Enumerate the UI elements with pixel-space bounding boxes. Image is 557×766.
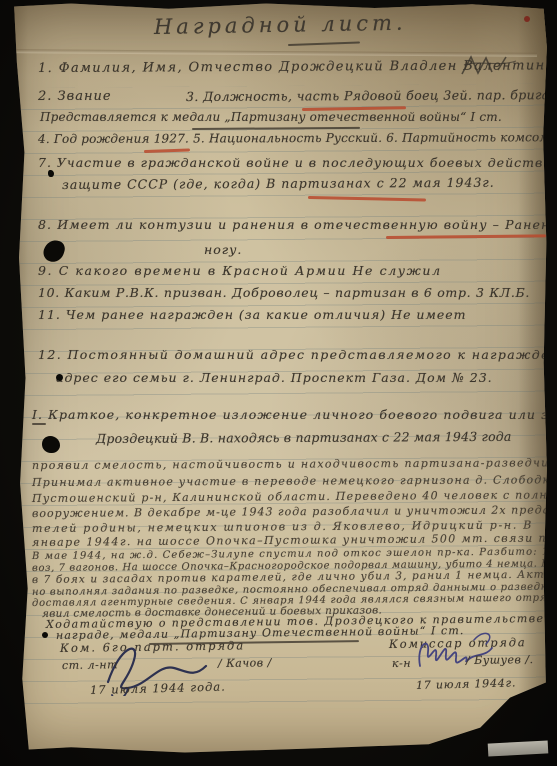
field-rank-label: 2. Звание xyxy=(38,90,112,104)
rank-left: ст. л-нт xyxy=(62,659,118,672)
field-war-participation-1: 7. Участие в гражданской войне и в после… xyxy=(38,156,557,170)
signer-name-left: / Качов / xyxy=(218,657,272,670)
red-edge-mark xyxy=(15,507,21,603)
red-dot-mark xyxy=(524,16,530,22)
paper-hole-small-2 xyxy=(42,632,48,638)
ink-scribble xyxy=(458,52,522,80)
field-army-service: 9. С какого времени в Красной Армии Не с… xyxy=(38,264,442,278)
field-position: 3. Должность, часть Рядовой боец 3ей. па… xyxy=(186,88,557,104)
rank-right: к-н xyxy=(392,658,411,670)
field-home-address-2: адрес его семьи г. Ленинград. Проспект Г… xyxy=(56,371,493,385)
field-birth-nationality-party: 4. Год рождения 1927. 5. Национальность … xyxy=(38,131,557,146)
field-war-participation-2: защите СССР (где, когда) В партизанах с … xyxy=(62,176,495,192)
paper-scrap xyxy=(488,740,549,756)
section-heading: I. Краткое, конкретное изложение личного… xyxy=(32,408,557,422)
feat-intro: Дроздецкий В. В. находясь в партизанах с… xyxy=(96,430,512,446)
document-paper: Наградной лист. 1. Фамилия, Имя, Отчеств… xyxy=(6,2,548,754)
field-rvk-draft: 10. Каким Р.В.К. призван. Доброволец – п… xyxy=(38,286,530,300)
line-presented: Представляется к медали „Партизану отече… xyxy=(40,111,502,124)
paper-hole-small-1 xyxy=(56,374,63,381)
paper-edge-shadow-left xyxy=(6,2,28,754)
ink-underline-title xyxy=(288,41,360,46)
signer-name-right: / Бушуев /. xyxy=(466,654,534,667)
field-prior-awards: 11. Чем ранее награжден (за какие отличи… xyxy=(38,308,467,322)
field-wounds-2: ногу. xyxy=(204,243,242,257)
photo-background: Наградной лист. 1. Фамилия, Имя, Отчеств… xyxy=(0,0,557,766)
paper-hole-small-3 xyxy=(48,170,54,177)
field-home-address-1: 12. Постоянный домашний адрес представля… xyxy=(38,348,557,362)
punch-hole-2 xyxy=(42,436,60,453)
doc-title: Наградной лист. xyxy=(154,12,407,39)
field-wounds-1: 8. Имеет ли контузии и ранения в отечест… xyxy=(38,218,557,232)
ink-underline-section xyxy=(32,423,46,425)
